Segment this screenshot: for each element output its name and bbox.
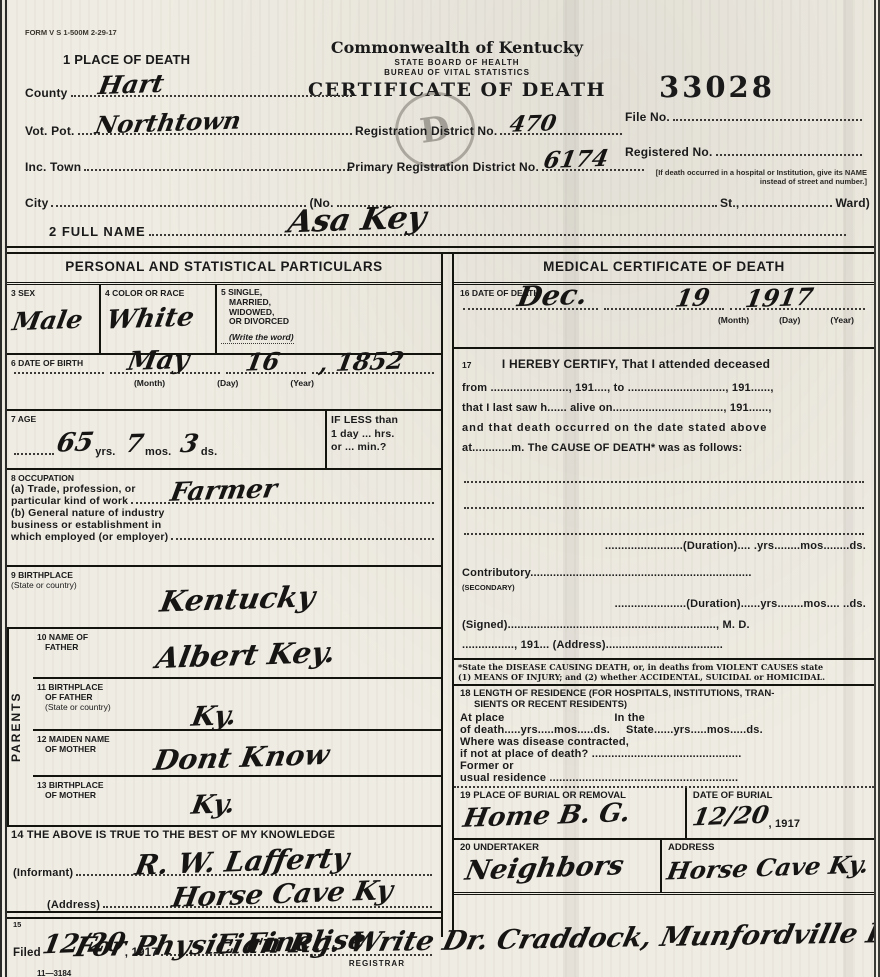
residence-label-1: 18 LENGTH OF RESIDENCE (FOR HOSPITALS, I… — [460, 688, 868, 699]
death-year-value: 1917 — [743, 282, 815, 313]
cause-of-death-line[interactable] — [464, 457, 864, 483]
certify-saw-line: that I last saw h...... alive on........… — [454, 397, 874, 417]
occupation-b-line1: (b) General nature of industry — [11, 507, 437, 519]
mother-name-value: Dont Know — [151, 738, 332, 777]
filed-label: Filed — [13, 947, 41, 959]
undertaker-address-value: Horse Cave Ky. — [665, 849, 872, 885]
undertaker-value: Neighbors — [463, 850, 627, 886]
undertaker-address-cell: ADDRESS Horse Cave Ky. — [660, 840, 874, 892]
former-line-2: usual residence ........................… — [460, 772, 868, 784]
file-no-row: File No. — [625, 110, 865, 124]
secondary-label: (SECONDARY) — [462, 582, 866, 594]
certify-text: I HEREBY CERTIFY, That I attended deceas… — [502, 357, 770, 371]
form-code: FORM V S 1-500M 2-29-17 — [25, 28, 117, 37]
dob-year: , 1852 — [317, 346, 406, 378]
birthplace-label: 9 BIRTHPLACE — [11, 570, 437, 580]
burial-date-year: , 1917 — [768, 818, 800, 830]
primary-registration-row: Primary Registration District No. 6174 — [347, 160, 647, 174]
personal-section: PERSONAL AND STATISTICAL PARTICULARS 3 S… — [7, 252, 441, 937]
certify-from-line: from ........................, 191...., … — [454, 377, 874, 397]
age-days-value: 3 — [179, 429, 202, 459]
marital-write-word: (Write the word) — [221, 333, 294, 344]
if-less-cell: IF LESS than 1 day ... hrs. or ... min.? — [325, 411, 441, 468]
sex-cell: 3 SEX Male — [7, 285, 99, 353]
death-sub-month: (Month) — [718, 315, 749, 325]
age-years-value: 65 — [54, 427, 96, 458]
occupation-b-line2: business or establishment in — [11, 519, 437, 531]
county-row: County Hart — [25, 86, 355, 100]
sex-label: 3 SEX — [11, 288, 95, 298]
bureau-label: BUREAU OF VITAL STATISTICS — [297, 68, 617, 77]
burial-date-cell: DATE OF BURIAL 12/20 , 1917 — [685, 788, 874, 838]
death-certificate-document: FORM V S 1-500M 2-29-17 1 PLACE OF DEATH… — [0, 0, 880, 977]
burial-place-value: Home B. G. — [461, 798, 633, 834]
marital-cell: 5 SINGLE, MARRIED, WIDOWED, OR DIVORCED … — [215, 285, 441, 353]
city-label: City — [25, 196, 48, 210]
duration-line-2: ......................(Duration)......yr… — [454, 593, 874, 613]
duration-line-1: ........................(Duration).... .… — [454, 535, 874, 555]
mother-birthplace-value: Ky. — [189, 789, 237, 820]
column-divider — [441, 252, 454, 937]
certify-occurred-line: and that death occurred on the date stat… — [454, 417, 874, 437]
cause-of-death-line[interactable] — [464, 509, 864, 535]
vot-pot-label: Vot. Pot. — [25, 124, 75, 138]
footnote-line-1: *State the DISEASE CAUSING DEATH, or, in… — [458, 662, 870, 672]
age-months-label: mos. — [145, 446, 171, 458]
burial-row: 19 PLACE OF BURIAL OR REMOVAL Home B. G.… — [454, 788, 874, 840]
place-of-death-label: 1 PLACE OF DEATH — [63, 52, 190, 67]
full-name-label: 2 FULL NAME — [49, 224, 146, 239]
occupation-a-line2: particular kind of work — [11, 495, 128, 507]
personal-title: PERSONAL AND STATISTICAL PARTICULARS — [7, 252, 441, 285]
residence-label-2: SIENTS OR RECENT RESIDENTS) — [460, 699, 868, 710]
parents-label: PARENTS — [7, 629, 33, 825]
parents-block: PARENTS 10 NAME OF FATHER Albert Key. 11… — [7, 629, 441, 827]
full-name-row: 2 FULL NAME Asa Key — [49, 224, 849, 239]
father-birthplace-value: Ky. — [189, 700, 239, 733]
date-of-death-row: 16 DATE OF DEATH Dec. 19 1917 (Month) (D… — [454, 285, 874, 349]
bottom-note-row: For Physician Rg. Write Dr. Craddock, Mu… — [77, 925, 867, 956]
death-day-value: 19 — [673, 282, 712, 312]
state-line: State......yrs.....mos.....ds. — [626, 724, 763, 736]
date-address-line: ................, 191... (Address)......… — [454, 634, 874, 654]
father-birthplace-row: 11 BIRTHPLACE OF FATHER (State or countr… — [33, 679, 441, 731]
street-label: St., — [720, 196, 739, 210]
mother-name-row: 12 MAIDEN NAME OF MOTHER Dont Know — [33, 731, 441, 777]
registration-district-value: 470 — [508, 110, 559, 138]
informant-value: R. W. Lafferty — [133, 841, 352, 881]
informant-address-label: (Address) — [47, 899, 100, 911]
age-days-label: ds. — [201, 446, 218, 458]
inc-town-label: Inc. Town — [25, 160, 81, 174]
dob-row: 6 DATE OF BIRTH May 16 , 1852 (Month) (D… — [7, 355, 441, 411]
contributory-dots: ........................................… — [530, 567, 751, 579]
inc-town-row: Inc. Town — [25, 160, 355, 174]
contributory-label: Contributory — [462, 567, 530, 579]
informant-address-row: (Address) Horse Cave Ky — [7, 879, 441, 911]
former-line-1: Former or — [460, 760, 868, 772]
color-value: White — [104, 302, 196, 335]
file-number: 33028 — [659, 70, 775, 104]
registered-no-row: Registered No. — [625, 145, 865, 159]
plate-number: 11—3184 — [37, 969, 441, 977]
dob-sub-day: (Day) — [217, 378, 238, 388]
if-less-line: or ... min.? — [331, 441, 437, 455]
statement-label: 14 THE ABOVE IS TRUE TO THE BEST OF MY K… — [11, 829, 437, 841]
registered-no-label: Registered No. — [625, 145, 713, 159]
dob-month: May — [125, 345, 191, 377]
age-years-label: yrs. — [95, 446, 115, 458]
death-sub-year: (Year) — [830, 315, 854, 325]
informant-address-value: Horse Cave Ky — [170, 875, 396, 914]
ward-label: Ward) — [835, 196, 870, 210]
registration-district-label: Registration District No. — [355, 124, 497, 138]
cause-of-death-line[interactable] — [464, 483, 864, 509]
informant-divider — [7, 911, 441, 919]
certify-row: 17 I HEREBY CERTIFY, That I attended dec… — [454, 349, 874, 377]
county-value: Hart — [96, 69, 166, 100]
bottom-note-value: For Physician Rg. Write Dr. Craddock, Mu… — [72, 918, 880, 963]
primary-registration-label: Primary Registration District No. — [347, 160, 539, 174]
father-name-row: 10 NAME OF FATHER Albert Key. — [33, 629, 441, 679]
contracted-line-1: Where was disease contracted, — [460, 736, 868, 748]
informant-label: (Informant) — [13, 867, 73, 879]
if-less-line: 1 day ... hrs. — [331, 428, 437, 442]
certify-at-line: at............m. The CAUSE OF DEATH* was… — [454, 437, 874, 457]
age-row: 7 AGE 65 yrs. 7 mos. 3 ds. IF LESS than … — [7, 411, 441, 470]
mother-birthplace-row: 13 BIRTHPLACE OF MOTHER (State or countr… — [33, 777, 441, 819]
in-the-label: In the — [614, 712, 645, 724]
contributory-row: Contributory............................… — [454, 555, 874, 593]
city-row: City (No. St., Ward) — [25, 196, 870, 210]
dob-sub-year: (Year) — [290, 378, 314, 388]
sex-color-marital-row: 3 SEX Male 4 COLOR OR RACE White 5 SINGL… — [7, 285, 441, 355]
statement-row: 14 THE ABOVE IS TRUE TO THE BEST OF MY K… — [7, 827, 441, 841]
medical-section: MEDICAL CERTIFICATE OF DEATH 16 DATE OF … — [454, 252, 874, 937]
hospital-note: [If death occurred in a hospital or Inst… — [655, 168, 867, 187]
full-name-value: Asa Key — [285, 200, 429, 241]
residence-block: 18 LENGTH OF RESIDENCE (FOR HOSPITALS, I… — [454, 686, 874, 788]
father-birthplace-label: 11 BIRTHPLACE — [37, 682, 437, 692]
undertaker-row: 20 UNDERTAKER Neighbors ADDRESS Horse Ca… — [454, 840, 874, 895]
age-label: 7 AGE — [11, 414, 321, 424]
at-place-label: At place — [460, 712, 504, 724]
marital-line: OR DIVORCED — [221, 317, 437, 327]
age-months-value: 7 — [123, 429, 146, 459]
age-cell: 7 AGE 65 yrs. 7 mos. 3 ds. — [7, 411, 325, 468]
sex-value: Male — [10, 305, 85, 336]
father-name-value: Albert Key. — [153, 635, 338, 675]
primary-registration-value: 6174 — [541, 145, 610, 174]
color-label: 4 COLOR OR RACE — [105, 288, 211, 298]
medical-title: MEDICAL CERTIFICATE OF DEATH — [454, 252, 874, 285]
of-death-line: of death.....yrs.....mos.....ds. — [460, 724, 610, 736]
birthplace-value: Kentucky — [157, 579, 317, 618]
vot-pot-value: Northtown — [93, 105, 243, 139]
registration-district-row: Registration District No. 470 — [355, 124, 625, 138]
signed-line: (Signed)................................… — [454, 614, 874, 634]
death-sub-day: (Day) — [779, 315, 800, 325]
dob-sub-month: (Month) — [134, 378, 165, 388]
death-month-value: Dec. — [515, 278, 590, 313]
birthplace-row: 9 BIRTHPLACE (State or country) Kentucky — [7, 567, 441, 629]
occupation-b-line3: which employed (or employer) — [11, 531, 168, 543]
occupation-row: 8 OCCUPATION (a) Trade, profession, or p… — [7, 470, 441, 567]
state-board-label: STATE BOARD OF HEALTH — [297, 58, 617, 67]
informant-row: (Informant) R. W. Lafferty — [7, 841, 441, 879]
occupation-value: Farmer — [168, 474, 279, 508]
footnote-block: *State the DISEASE CAUSING DEATH, or, in… — [454, 658, 874, 686]
dob-day: 16 — [243, 346, 282, 376]
vot-pot-row: Vot. Pot. Northtown — [25, 124, 355, 138]
burial-date-value: 12/20 — [690, 799, 771, 831]
burial-place-label: 19 PLACE OF BURIAL OR REMOVAL — [460, 790, 679, 801]
burial-date-label: DATE OF BURIAL — [693, 790, 868, 801]
commonwealth-title: Commonwealth of Kentucky — [297, 38, 617, 57]
burial-place-cell: 19 PLACE OF BURIAL OR REMOVAL Home B. G. — [454, 788, 685, 838]
certify-number: 17 — [462, 360, 471, 370]
footnote-line-2: (1) MEANS OF INJURY; and (2) whether ACC… — [458, 672, 870, 682]
color-cell: 4 COLOR OR RACE White — [99, 285, 215, 353]
if-less-line: IF LESS than — [331, 414, 437, 428]
county-label: County — [25, 86, 68, 100]
file-no-label: File No. — [625, 110, 670, 124]
undertaker-cell: 20 UNDERTAKER Neighbors — [454, 840, 660, 892]
contracted-line-2: if not at place of death? ..............… — [460, 748, 868, 760]
